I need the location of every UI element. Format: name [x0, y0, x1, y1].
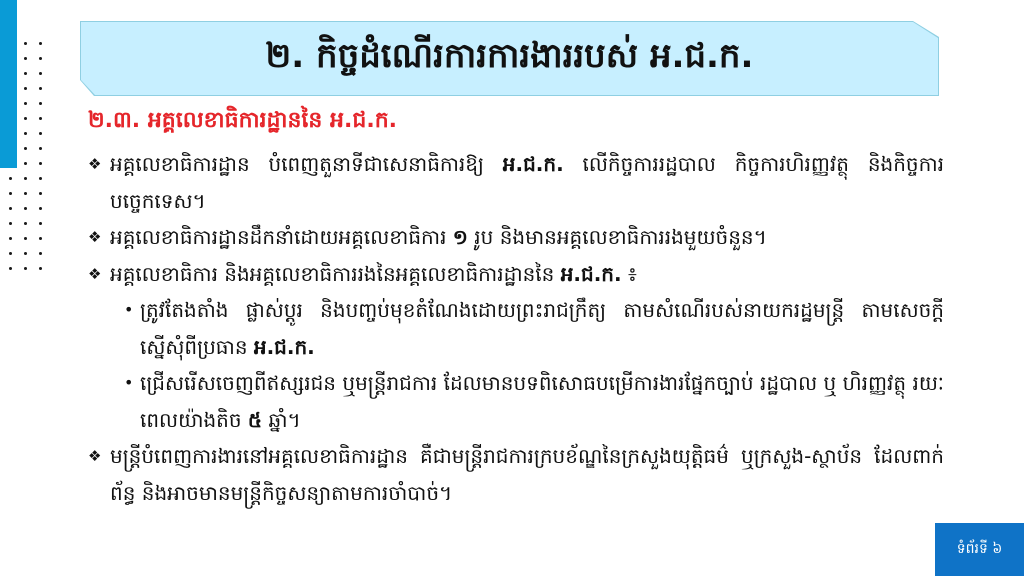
decorative-dot: [24, 267, 27, 270]
decorative-dot: [39, 72, 42, 75]
decorative-dot: [24, 117, 27, 120]
page-number-badge: ទំព័រទី ៦: [935, 523, 1024, 576]
decorative-dot: [39, 117, 42, 120]
decorative-dot: [39, 42, 42, 45]
sub-list-item: • ជ្រើសរើសចេញពីឥស្សរជន ឬមន្ត្រីរាជការ ដែ…: [88, 365, 944, 438]
slide-body: ❖ អគ្គលេខាធិការដ្ឋាន បំពេញតួនាទីជាសេនាធិ…: [88, 146, 944, 511]
decorative-dot: [39, 132, 42, 135]
decorative-dot: [24, 102, 27, 105]
dot-bullet-icon: •: [124, 365, 133, 402]
decorative-dot: [24, 237, 27, 240]
decorative-dot: [9, 192, 12, 195]
decorative-dot: [9, 177, 12, 180]
decorative-dot: [24, 57, 27, 60]
decorative-dot: [24, 222, 27, 225]
decorative-dot: [39, 162, 42, 165]
decorative-dot: [9, 207, 12, 210]
decorative-dot: [39, 207, 42, 210]
decorative-dot: [24, 162, 27, 165]
decorative-dot: [39, 177, 42, 180]
slide-title: ២. កិច្ចដំណើរការការងាររបស់ អ.ជ.ក.: [81, 22, 938, 95]
decorative-dot: [24, 132, 27, 135]
decorative-dot: [39, 87, 42, 90]
diamond-bullet-icon: ❖: [88, 146, 101, 183]
decorative-dot: [24, 192, 27, 195]
decorative-dot: [39, 222, 42, 225]
decorative-dot: [24, 207, 27, 210]
decorative-dot: [9, 267, 12, 270]
list-item: ❖ អគ្គលេខាធិការ និងអគ្គលេខាធិការរងនៃអគ្គ…: [88, 256, 944, 293]
decorative-dot: [39, 192, 42, 195]
diamond-bullet-icon: ❖: [88, 256, 101, 293]
decorative-dot: [39, 252, 42, 255]
diamond-bullet-icon: ❖: [88, 438, 101, 475]
list-item: ❖ អគ្គលេខាធិការដ្ឋាន បំពេញតួនាទីជាសេនាធិ…: [88, 146, 944, 219]
decorative-dot: [39, 102, 42, 105]
decorative-dot: [39, 57, 42, 60]
decorative-dot: [24, 87, 27, 90]
decorative-dot: [24, 147, 27, 150]
decorative-dot: [9, 222, 12, 225]
dot-bullet-icon: •: [124, 292, 133, 329]
decorative-dot: [9, 252, 12, 255]
list-item: ❖ អគ្គលេខាធិការដ្ឋានដឹកនាំដោយអគ្គលេខាធិក…: [88, 219, 944, 256]
section-subheading: ២.៣. អគ្គលេខាធិការដ្ឋាននៃ អ.ជ.ក.: [88, 106, 397, 138]
dot-pattern-decoration: [0, 0, 60, 290]
decorative-dot: [24, 42, 27, 45]
sub-list-item: • ត្រូវតែងតាំង ផ្លាស់ប្តូរ និងបញ្ចប់មុខត…: [88, 292, 944, 365]
diamond-bullet-icon: ❖: [88, 219, 101, 256]
decorative-dot: [9, 237, 12, 240]
decorative-dot: [39, 237, 42, 240]
decorative-dot: [39, 147, 42, 150]
decorative-dot: [39, 267, 42, 270]
decorative-dot: [24, 252, 27, 255]
decorative-dot: [24, 177, 27, 180]
list-item: ❖ មន្ត្រីបំពេញការងារនៅអគ្គលេខាធិការដ្ឋាន…: [88, 438, 944, 511]
decorative-dot: [24, 72, 27, 75]
